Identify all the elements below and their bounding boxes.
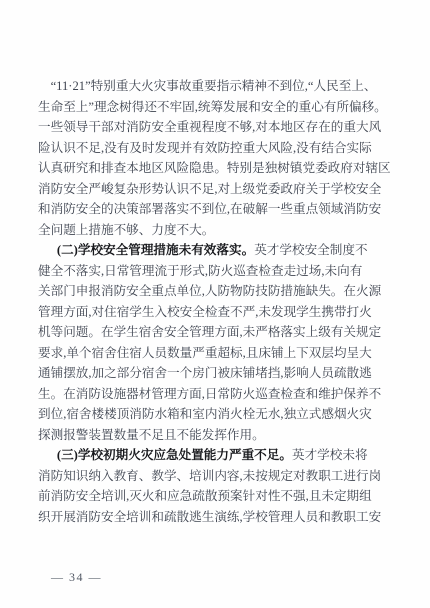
paragraph-line: 险认识不足,没有及时发现并有效防控重大风险,没有结合实际 [38,138,394,159]
document-page: “11·21”特别重大火灾事故重要指示精神不到位,“人民至上、 生命至上”理念树… [0,0,430,608]
paragraph-line: 生命至上”理念树得还不牢固,统筹发展和安全的重心有所偏移。 [38,97,394,118]
line-text: 通铺摆放,加之部分宿舍一个房门被床铺堵挡,影响人员疏散逃 [38,366,372,380]
paragraph-line: 前消防安全培训,灭火和应急疏散预案针对性不强,且未定期组 [38,486,394,507]
line-text: 险认识不足,没有及时发现并有效防控重大风险,没有结合实际 [38,141,372,155]
line-text: 一些领导干部对消防安全重视程度不够,对本地区存在的重大风 [38,120,381,134]
paragraph-line: 健全不落实,日常管理流于形式,防火巡查检查走过场,未向有 [38,261,394,282]
line-text: 探测报警装置数量不足且不能发挥作用。 [38,428,265,442]
document-text-block: “11·21”特别重大火灾事故重要指示精神不到位,“人民至上、 生命至上”理念树… [38,76,394,527]
line-text: 生。在消防设施器材管理方面,日常防火巡查检查和维护保养不 [38,387,381,401]
paragraph-line: 消防知识纳入教育、教学、培训内容,未按规定对教职工进行岗 [38,466,394,487]
line-text: 管理方面,对住宿学生入校安全检查不严,未发现学生携带打火 [38,305,372,319]
line-text: 前消防安全培训,灭火和应急疏散预案针对性不强,且未定期组 [38,489,372,503]
line-text: “11·21”特别重大火灾事故重要指示精神不到位,“人民至上、 [51,79,377,93]
line-text: 英才学校安全制度不 [254,243,367,257]
line-text: 织开展消防安全培训和疏散逃生演练,学校管理人员和教职工安 [38,510,381,524]
paragraph-line: 要求,单个宿舍住宿人员数量严重超标,且床铺上下双层均呈大 [38,343,394,364]
paragraph-line: 全问题上措施不够、力度不大。 [38,220,394,241]
paragraph-line: (三)学校初期火灾应急处置能力严重不足。英才学校未将 [38,445,394,466]
paragraph-line: 通铺摆放,加之部分宿舍一个房门被床铺堵挡,影响人员疏散逃 [38,363,394,384]
paragraph-line: 管理方面,对住宿学生入校安全检查不严,未发现学生携带打火 [38,302,394,323]
line-text: 机等问题。在学生宿舍安全管理方面,未严格落实上级有关规定 [38,325,381,339]
paragraph-line: 织开展消防安全培训和疏散逃生演练,学校管理人员和教职工安 [38,507,394,528]
line-text: 英才学校未将 [292,448,368,462]
line-text: 要求,单个宿舍住宿人员数量严重超标,且床铺上下双层均呈大 [38,346,372,360]
page-number: — 34 — [51,570,102,585]
line-text: 到位,宿舍楼楼顶消防水箱和室内消火栓无水,独立式感烟火灾 [38,407,372,421]
paragraph-line: 和消防安全的决策部署落实不到位,在破解一些重点领域消防安 [38,199,394,220]
line-text: 关部门申报消防安全重点单位,人防物防技防措施缺失。在火源 [38,284,381,298]
line-text: 消防知识纳入教育、教学、培训内容,未按规定对教职工进行岗 [38,469,381,483]
paragraph-line: 一些领导干部对消防安全重视程度不够,对本地区存在的重大风 [38,117,394,138]
paragraph-line: (二)学校安全管理措施未有效落实。英才学校安全制度不 [38,240,394,261]
line-text: 健全不落实,日常管理流于形式,防火巡查检查走过场,未向有 [38,264,362,278]
paragraph-line: 关部门申报消防安全重点单位,人防物防技防措施缺失。在火源 [38,281,394,302]
section-heading: (三)学校初期火灾应急处置能力严重不足。 [57,448,292,462]
paragraph-line: “11·21”特别重大火灾事故重要指示精神不到位,“人民至上、 [38,76,394,97]
paragraph-line: 探测报警装置数量不足且不能发挥作用。 [38,425,394,446]
line-text: 和消防安全的决策部署落实不到位,在破解一些重点领域消防安 [38,202,381,216]
paragraph-line: 到位,宿舍楼楼顶消防水箱和室内消火栓无水,独立式感烟火灾 [38,404,394,425]
section-heading: (二)学校安全管理措施未有效落实。 [57,243,254,257]
paragraph-line: 生。在消防设施器材管理方面,日常防火巡查检查和维护保养不 [38,384,394,405]
paragraph-line: 消防安全严峻复杂形势认识不足,对上级党委政府关于学校安全 [38,179,394,200]
paragraph-line: 机等问题。在学生宿舍安全管理方面,未严格落实上级有关规定 [38,322,394,343]
line-text: 全问题上措施不够、力度不大。 [38,223,214,237]
line-text: 认真研究和排查本地区风险隐患。特别是独树镇党委政府对辖区 [38,161,391,175]
line-text: 生命至上”理念树得还不牢固,统筹发展和安全的重心有所偏移。 [38,100,387,114]
paragraph-line: 认真研究和排查本地区风险隐患。特别是独树镇党委政府对辖区 [38,158,394,179]
line-text: 消防安全严峻复杂形势认识不足,对上级党委政府关于学校安全 [38,182,381,196]
